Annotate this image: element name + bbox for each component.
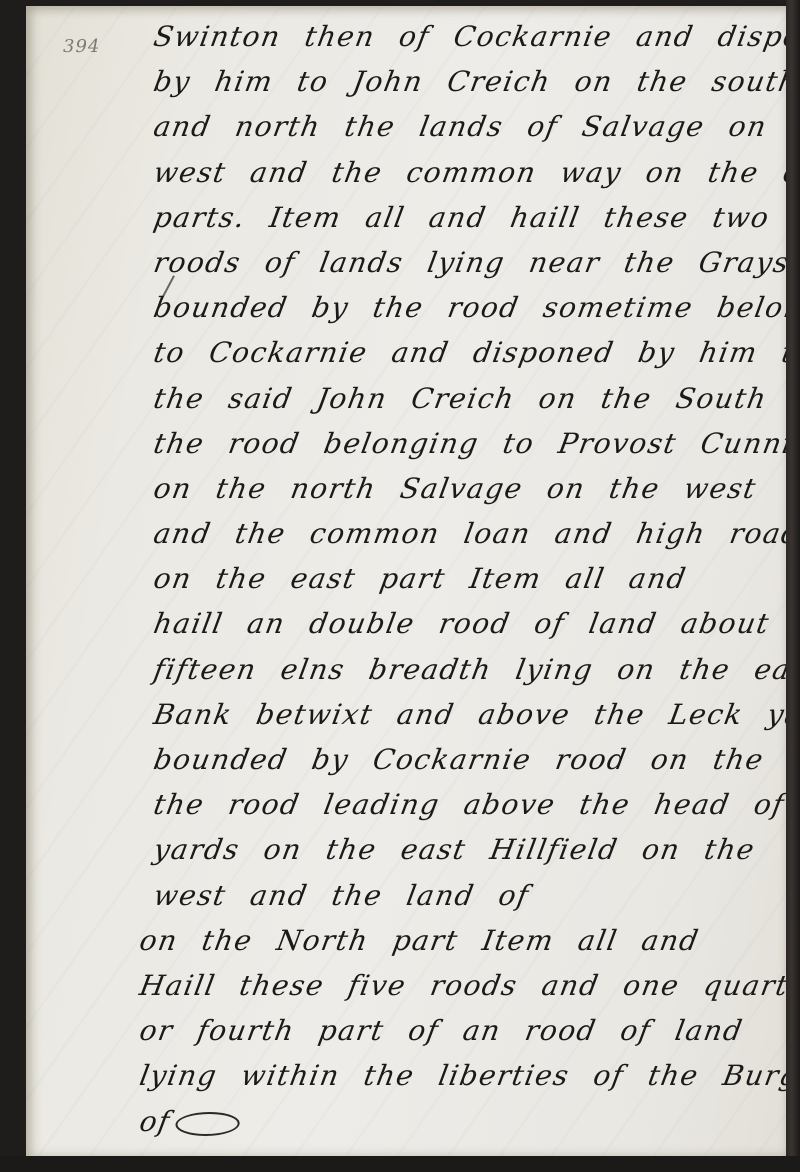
text-line: on the north Salvage on the west <box>150 466 778 511</box>
text-line: the rood leading above the head of the <box>150 782 778 827</box>
text-line: haill an double rood of land about <box>150 601 778 646</box>
text-line: west and the common way on the east <box>150 150 778 195</box>
text-line: and north the lands of Salvage on the <box>150 104 778 149</box>
text-line: on the North part Item all and <box>136 918 778 963</box>
text-line: on the east part Item all and <box>150 556 778 601</box>
handwritten-text-body: Swinton then of Cockarnie and disponed b… <box>154 14 774 1144</box>
text-line: lying within the liberties of the Burgh <box>136 1053 778 1098</box>
text-line: bounded by the rood sometime belonging <box>150 285 778 330</box>
text-line: by him to John Creich on the south <box>150 59 778 104</box>
text-line: roods of lands lying near the Graystone <box>150 240 778 285</box>
page-number: 394 <box>63 36 100 57</box>
text-line: yards on the east Hillfield on the <box>150 827 778 872</box>
text-line: to Cockarnie and disponed by him to <box>150 330 778 375</box>
text-line: and the common loan and high road <box>150 511 778 556</box>
text-line: or fourth part of an rood of land <box>136 1008 778 1053</box>
bottom-shadow-edge <box>0 1156 800 1172</box>
text-line: parts. Item all and haill these two <box>150 195 778 240</box>
manuscript-page: 394 Swinton then of Cockarnie and dispon… <box>26 6 786 1156</box>
text-line: the rood belonging to Provost Cunningham <box>150 421 778 466</box>
text-line: fifteen elns breadth lying on the east <box>150 647 778 692</box>
text-line: Haill these five roods and one quarter <box>136 963 778 1008</box>
scan-frame: 394 Swinton then of Cockarnie and dispon… <box>0 0 800 1172</box>
text-line: bounded by Cockarnie rood on the south <box>150 737 778 782</box>
final-word: of <box>137 1105 173 1138</box>
text-line: the said John Creich on the South <box>150 376 778 421</box>
text-line: Bank betwixt and above the Leck yard <box>150 692 778 737</box>
book-spine-edge <box>786 0 800 1172</box>
text-line: Swinton then of Cockarnie and disponed <box>150 14 778 59</box>
text-line: west and the land of <box>150 873 778 918</box>
closing-flourish-icon <box>174 1111 242 1135</box>
text-line-final: of <box>136 1099 778 1144</box>
